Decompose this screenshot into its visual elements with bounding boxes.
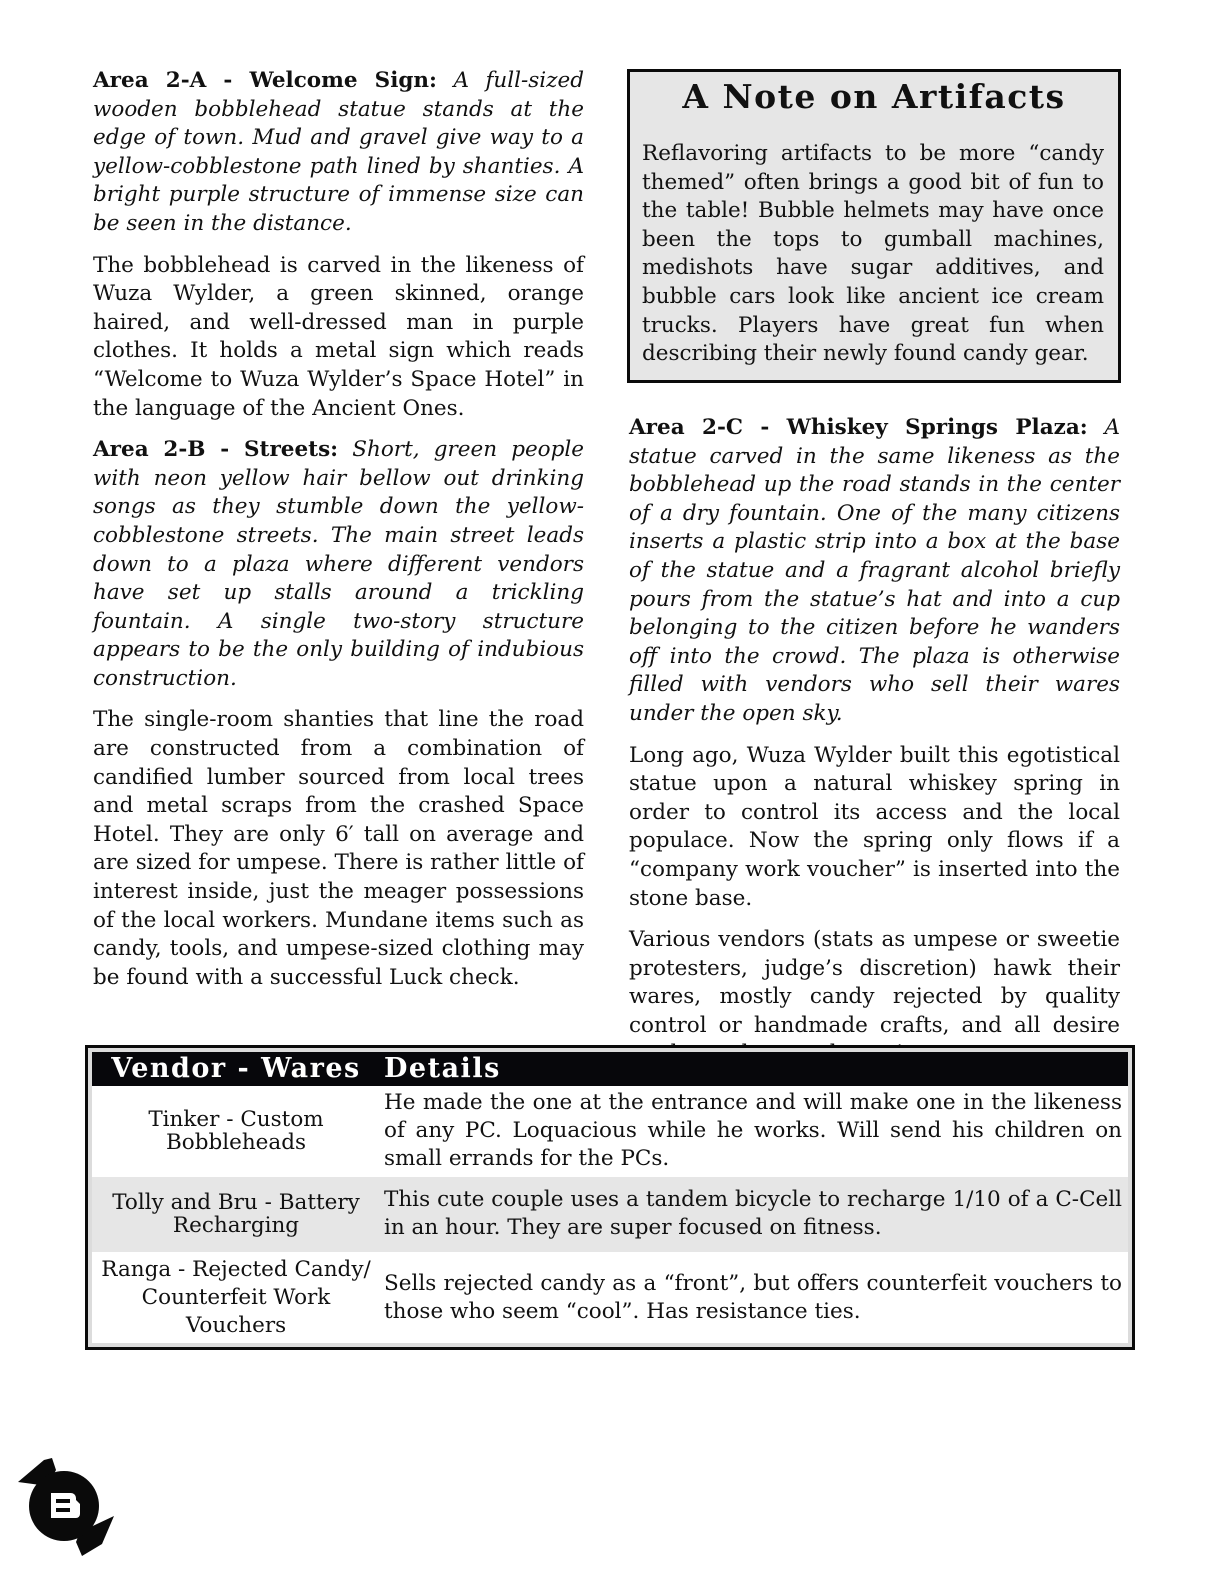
details-cell: He made the one at the entrance and will… (380, 1086, 1128, 1177)
vendor-table-frame: Vendor - Wares Details Tinker - Custom B… (85, 1045, 1135, 1350)
area-2a-paragraph: Area 2-A - Welcome Sign: A full-sized wo… (93, 67, 584, 239)
table-row: Tinker - Custom Bobbleheads He made the … (92, 1086, 1128, 1177)
area-2a-heading: Area 2-A - Welcome Sign: (93, 68, 437, 93)
area-2c-heading: Area 2-C - Whiskey Springs Plaza: (629, 415, 1088, 440)
wrapped-candy-b-logo-icon (14, 1448, 118, 1558)
note-sidebar-box: A Note on Artifacts Reflavoring artifact… (627, 69, 1121, 383)
left-column: Area 2-A - Welcome Sign: A full-sized wo… (93, 67, 584, 1005)
bobblehead-paragraph: The bobblehead is carved in the likeness… (93, 252, 584, 424)
vendor-table: Vendor - Wares Details Tinker - Custom B… (92, 1052, 1128, 1343)
vendor-cell: Ranga - Rejected Candy/ Counterfeit Work… (92, 1252, 380, 1343)
area-2c-paragraph: Area 2-C - Whiskey Springs Plaza: A stat… (629, 414, 1120, 729)
details-cell: Sells rejected candy as a “front”, but o… (380, 1252, 1128, 1343)
right-column: Area 2-C - Whiskey Springs Plaza: A stat… (629, 414, 1120, 1082)
area-2b-paragraph: Area 2-B - Streets: Short, green people … (93, 436, 584, 693)
table-header-row: Vendor - Wares Details (92, 1052, 1128, 1086)
note-body: Reflavoring artifacts to be more “candy … (642, 140, 1104, 369)
long-ago-paragraph: Long ago, Wuza Wylder built this egotist… (629, 742, 1120, 914)
vendor-cell: Tolly and Bru - Battery Recharging (92, 1177, 380, 1253)
area-2b-read-aloud: Short, green people with neon yellow hai… (93, 437, 584, 691)
table-row: Ranga - Rejected Candy/ Counterfeit Work… (92, 1252, 1128, 1343)
header-vendor-wares: Vendor - Wares (92, 1052, 380, 1086)
table-row: Tolly and Bru - Battery Recharging This … (92, 1177, 1128, 1253)
area-2a-read-aloud: A full-sized wooden bobblehead statue st… (93, 68, 584, 236)
header-details: Details (380, 1052, 1128, 1086)
note-title: A Note on Artifacts (630, 76, 1118, 118)
shanties-paragraph: The single-room shanties that line the r… (93, 706, 584, 992)
area-2c-read-aloud: A statue carved in the same likeness as … (629, 415, 1120, 726)
area-2b-heading: Area 2-B - Streets: (93, 437, 338, 462)
vendor-cell: Tinker - Custom Bobbleheads (92, 1086, 380, 1177)
details-cell: This cute couple uses a tandem bicycle t… (380, 1177, 1128, 1253)
